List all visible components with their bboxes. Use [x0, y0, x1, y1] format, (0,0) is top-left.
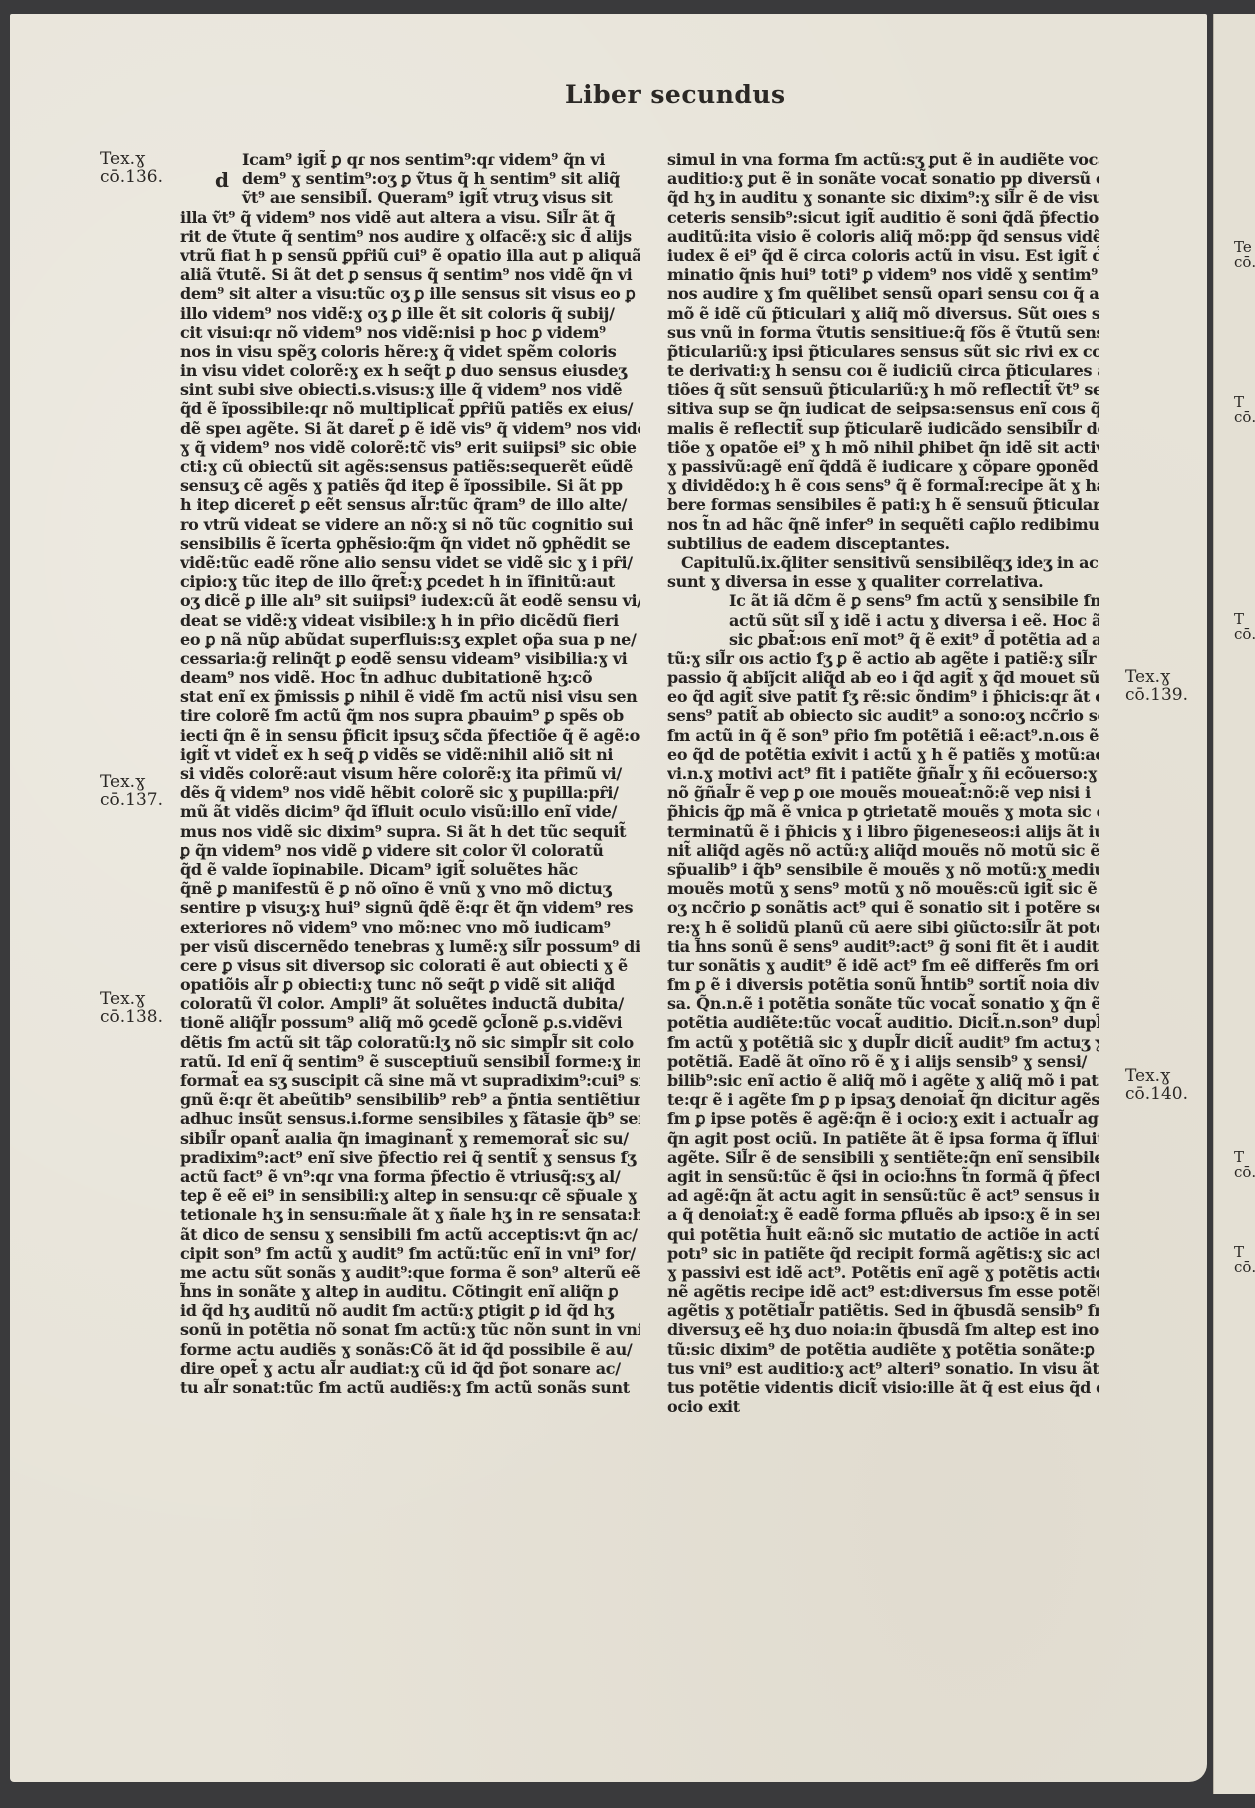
text-line: bere formas sensibiles ẽ pati:ɣ h ẽ se…	[667, 495, 1099, 514]
text-line: mus nos vidẽ sic dixim⁹ supra. Si ãt h…	[180, 822, 640, 841]
text-line: aliã ṽtutẽ. Si ãt det ꝑ sensus q̃ se…	[180, 265, 640, 284]
text-line: q̃d ẽ valde ĩopinabile. Dicam⁹ igit̃ s…	[180, 860, 640, 879]
text-line: tionẽ aliq̃l̃r possum⁹ aliq̃ mõ ꝯcedẽ…	[180, 1013, 640, 1032]
text-line: qui potẽtia h̃uit eã:nõ sic mutatio d…	[667, 1225, 1099, 1244]
text-line: actũ fact⁹ ẽ vn⁹:qɾ vna forma p̃fectio…	[180, 1167, 640, 1186]
text-line: teꝑ ẽ eẽ ei⁹ in sensibili:ɣ alteꝑ in s…	[180, 1186, 640, 1205]
text-line: terminatũ ẽ i p̃hicis ɣ i libro p̃igen…	[667, 822, 1099, 841]
text-line: potı⁹ sic in patiẽte q̃d recipit formã…	[667, 1244, 1099, 1263]
text-line: passio q̃ abij̃cit aliq̃d ab eo i q̃d ag…	[667, 668, 1099, 687]
text-line: tus potẽtie videntis dicit̃ visio:ille …	[667, 1378, 1099, 1397]
text-line: te derivati:ɣ h sensu coı ẽ iudiciũ ci…	[667, 361, 1099, 380]
text-line: dem⁹ sit alter a visu:tũc oʒ ꝑ ille sen…	[180, 284, 640, 303]
text-line: agẽtis ɣ potẽtial̃r patiẽtis. Sed in …	[667, 1301, 1099, 1320]
text-line: ɣ passivi est idẽ act⁹. Potẽtis enĩ a…	[667, 1263, 1099, 1282]
text-line: vi.n.ɣ motivi act⁹ fit i patiẽte g̃ñal…	[667, 764, 1099, 783]
text-line: p̃hicis q̃ꝑ mã ẽ vnica p ꝯtrietatẽ mo…	[667, 802, 1099, 821]
text-line: bilib⁹:sic enĩ actio ẽ aliq̃ mõ i age…	[667, 1071, 1099, 1090]
text-line: deam⁹ nos vidẽ. Hoc t̃n adhuc dubitatio…	[180, 668, 640, 687]
text-line: iecti q̃n ẽ in sensu p̃ficit ipsuʒ sc̃d…	[180, 726, 640, 745]
text-line: dire opet̃ ɣ actu al̃r audiat:ɣ cũ id q…	[180, 1359, 640, 1378]
text-line: mũ ãt vidẽs dicim⁹ q̃d ĩfluit oculo …	[180, 802, 640, 821]
text-line: ɣ q̃ videm⁹ nos vidẽ colorẽ:tc̃ vis⁹ e…	[180, 438, 640, 457]
text-line: rit de ṽtute q̃ sentim⁹ nos audire ɣ ol…	[180, 227, 640, 246]
text-line: dẽtis ẝm actũ sit tãꝑ coloratũ:lʒ no…	[180, 1033, 640, 1052]
text-line: tetionale hʒ in sensu:m̃ale ãt ɣ ñale …	[180, 1205, 640, 1224]
text-line: nos in visu spẽʒ coloris hẽre:ɣ q̃ vid…	[180, 342, 640, 361]
facing-margin-note: Te cō.	[1234, 240, 1255, 270]
text-line: sint subi sive obiecti.s.visus:ɣ ille q̃…	[180, 380, 640, 399]
text-line: ɣ passivũ:agẽ enĩ q̃ddã ẽ iudicare …	[667, 457, 1099, 476]
text-line: stat enĩ ex p̃missis ꝑ nihil ẽ vidẽ ẝ…	[180, 687, 640, 706]
text-line: sus vnũ in forma ṽtutis sensitiue:q̃ f…	[667, 323, 1099, 342]
text-line: actũ sũt sil̃ ɣ idẽ i actu ɣ diversa …	[667, 611, 1099, 630]
text-line: tur sonãtis ɣ audit⁹ ẽ idẽ act⁹ ẝm ee…	[667, 956, 1099, 975]
text-line: cessaria:g̃ relinq̃t ꝑ eodẽ sensu videa…	[180, 649, 640, 668]
text-line: oʒ ncc̃rio ꝑ sonãtis act⁹ qui ẽ sonati…	[667, 898, 1099, 917]
text-line: vtrũ fiat h p sensũ ꝑpȓiũ cui⁹ ẽ opa…	[180, 246, 640, 265]
text-line: sentire p visuʒ:ɣ hui⁹ signũ q̃dẽ ẽ:q…	[180, 898, 640, 917]
text-line: te:qɾ ẽ i agẽte ẝm ꝑ p ipsaʒ denoiat̃ …	[667, 1090, 1099, 1109]
text-line: re:ɣ h ẽ solidũ planũ cũ aere sibi ꝯ…	[667, 918, 1099, 937]
text-line: iudex ẽ ei⁹ q̃d ẽ circa coloris actũ …	[667, 246, 1099, 265]
text-line: gnũ ẽ:qɾ ẽt abeũtib⁹ sensibilib⁹ reb…	[180, 1090, 640, 1109]
text-line: sunt ɣ diversa in esse ɣ qualiter correl…	[667, 572, 1099, 591]
text-line: tire colorẽ ẝm actũ q̃m nos supra ꝑbau…	[180, 706, 640, 725]
text-line: tus vni⁹ est auditio:ɣ act⁹ alteri⁹ sona…	[667, 1359, 1099, 1378]
text-line: vidẽ:tũc eadẽ rõne alio sensu videt …	[180, 553, 640, 572]
text-line: Ic ãt iã dc̃m ẽ ꝑ sens⁹ ẝm actũ ɣ se…	[667, 591, 1099, 610]
left-text-column: Icam⁹ igit̃ ꝑ qɾ nos sentim⁹:qɾ videm⁹ q…	[180, 150, 640, 1397]
text-line: format̃ ea sʒ suscipit cã sine mã vt s…	[180, 1071, 640, 1090]
text-line: sa. Q̃n.n.ẽ i potẽtia sonãte tũc voc…	[667, 994, 1099, 1013]
facing-margin-note: T cō.	[1234, 1245, 1255, 1275]
text-line: ad agẽ:q̃n ãt actu agit in sensũ:tũc…	[667, 1186, 1099, 1205]
text-line: ãt dico de sensu ɣ sensibili ẝm actũ a…	[180, 1225, 640, 1244]
text-line: oʒ dicẽ ꝑ ille alı⁹ sit suiipsi⁹ iudex:…	[180, 591, 640, 610]
margin-note-text-ref: Tex.ɣ cō.137.	[100, 773, 163, 809]
text-line: nit̃ aliq̃d agẽs nõ actũ:ɣ aliq̃d mou…	[667, 841, 1099, 860]
text-line: q̃nẽ ꝑ manifestũ ẽ ꝑ nõ oĩno ẽ vnu…	[180, 879, 640, 898]
text-line: illa ṽt⁹ q̃ videm⁹ nos vidẽ aut altera…	[180, 208, 640, 227]
text-line: Icam⁹ igit̃ ꝑ qɾ nos sentim⁹:qɾ videm⁹ q…	[180, 150, 640, 169]
text-line: deat se vidẽ:ɣ videat visibile:ɣ h in p…	[180, 611, 640, 630]
text-line: nõ g̃ñal̃r ẽ veꝑ ꝑ oıe mouẽs moueat̃…	[667, 783, 1099, 802]
text-line: p̃ticulariũ:ɣ ipsi p̃ticulares sensus s…	[667, 342, 1099, 361]
text-line: in visu videt colorẽ:ɣ ex h seq̃t ꝑ duo…	[180, 361, 640, 380]
text-line: id q̃d hʒ auditũ nõ audit ẝm actũ:ɣ ꝑ…	[180, 1301, 640, 1320]
text-line: ẝm actũ ɣ potẽtiã sic ɣ dupl̃r dicit̃…	[667, 1033, 1099, 1052]
text-line: potẽtiã. Eadẽ ãt oĩno rõ ẽ ɣ i al…	[667, 1052, 1099, 1071]
text-line: potẽtia audiẽte:tũc vocat̃ auditio. D…	[667, 1013, 1099, 1032]
text-line: auditio:ɣ ꝑut ẽ in sonãte vocat̃ sonat…	[667, 169, 1099, 188]
text-line: sp̃ualib⁹ i q̃b⁹ sensibile ẽ mouẽs ɣ n…	[667, 860, 1099, 879]
margin-note-text-ref: Tex.ɣ cō.139.	[1125, 668, 1188, 704]
text-line: cti:ɣ cũ obiectũ sit agẽs:sensus pati…	[180, 457, 640, 476]
right-text-column: simul in vna forma ẝm actũ:sʒ ꝑut ẽ in…	[667, 150, 1099, 1416]
text-line: tũ:sic dixim⁹ de potẽtia audiẽte ɣ po…	[667, 1340, 1099, 1359]
text-line: mõ ẽ idẽ cũ p̃ticulari ɣ aliq̃ mõ d…	[667, 304, 1099, 323]
text-line: minatio q̃nis hui⁹ toti⁹ ꝑ videm⁹ nos vi…	[667, 265, 1099, 284]
facing-margin-note: T cō.	[1234, 1150, 1255, 1180]
text-line: ro vtrũ videat se videre an nõ:ɣ si no…	[180, 515, 640, 534]
text-line: ꝑ q̃n videm⁹ nos vidẽ ꝑ videre sit colo…	[180, 841, 640, 860]
text-line: sonũ in potẽtia nõ sonat ẝm actũ:ɣ t…	[180, 1320, 640, 1339]
text-line: igit̃ vt videt̃ ex h seq̃ ꝑ vidẽs se vi…	[180, 745, 640, 764]
text-line: coloratũ ṽl color. Ampli⁹ ãt soluẽte…	[180, 994, 640, 1013]
text-line: h̃ns in sonãte ɣ alteꝑ in auditu. Cõti…	[180, 1282, 640, 1301]
text-line: sens⁹ patit̃ ab obiecto sic audit⁹ a son…	[667, 706, 1099, 725]
text-line: ẝm ꝑ ẽ i diversis potẽtia sonũ h̃ntib…	[667, 975, 1099, 994]
text-line: nẽ agẽtis recipe idẽ act⁹ est:diversu…	[667, 1282, 1099, 1301]
text-line: forme actu audiẽs ɣ sonãs:Cõ ãt id q…	[180, 1340, 640, 1359]
text-line: auditũ:ita visio ẽ coloris aliq̃ mõ:p…	[667, 227, 1099, 246]
margin-note-text-ref: Tex.ɣ cō.136.	[100, 150, 163, 186]
facing-margin-note: T cō.	[1234, 395, 1255, 425]
text-line: sic ꝑbat̃:oıs enĩ mot⁹ q̃ ẽ exit⁹ d̃ p…	[667, 630, 1099, 649]
text-line: ratũ. Id enĩ q̃ sentim⁹ ẽ susceptiuũ…	[180, 1052, 640, 1071]
text-line: diversuʒ eẽ hʒ duo noia:in q̃busdã ẝm …	[667, 1320, 1099, 1339]
text-line: malis ẽ reflectit̃ sup p̃ticularẽ iudi…	[667, 419, 1099, 438]
text-line: subtilius de eadem disceptantes.	[667, 534, 1099, 553]
chapter-heading: Capitulũ.ix.q̃liter sensitivũ sensibil…	[667, 553, 1099, 572]
text-line: illo videm⁹ nos vidẽ:ɣ oʒ ꝑ ille ẽt si…	[180, 304, 640, 323]
text-line: ṽt⁹ aıe sensibil̃. Queram⁹ igit̃ vtruʒ …	[180, 188, 640, 207]
text-line: pradixim⁹:act⁹ enĩ sive p̃fectio rei q̃…	[180, 1148, 640, 1167]
text-line: nos t̃n ad hãc q̃nẽ infer⁹ in sequẽti…	[667, 515, 1099, 534]
text-line: tia h̃ns sonũ ẽ sens⁹ audit⁹:act⁹ g̃ s…	[667, 937, 1099, 956]
running-head: Liber secundus	[565, 80, 786, 109]
text-line: dẽ speı agẽte. Si ãt daret̃ ꝑ ẽ idẽ…	[180, 419, 640, 438]
text-line: cere ꝑ visus sit diversoꝑ sic colorati e…	[180, 956, 640, 975]
text-line: cit visui:qɾ nõ videm⁹ nos vidẽ:nisi p…	[180, 323, 640, 342]
text-line: me actu sũt sonãs ɣ audit⁹:que forma e…	[180, 1263, 640, 1282]
text-line: opatiõis al̃r ꝑ obiecti:ɣ tunc nõ seq̃…	[180, 975, 640, 994]
text-line: ceteris sensib⁹:sicut igit̃ auditio ẽ s…	[667, 208, 1099, 227]
text-line: si vidẽs colorẽ:aut visum hẽre colore…	[180, 764, 640, 783]
text-line: nos audire ɣ ẝm quẽlibet sensũ opari s…	[667, 284, 1099, 303]
text-line: agẽte. Sil̃r ẽ de sensibili ɣ sentiẽt…	[667, 1148, 1099, 1167]
text-line: ẝm actũ in q̃ ẽ son⁹ pȓio ẝm potẽtiã…	[667, 726, 1099, 745]
text-line: h iteꝑ diceret̃ ꝑ eẽt sensus al̃r:tũc …	[180, 495, 640, 514]
margin-note-text-ref: Tex.ɣ cō.138.	[100, 990, 163, 1026]
text-line: eo ꝑ nã nũꝑ abũdat superfluis:sʒ expl…	[180, 630, 640, 649]
text-line: dem⁹ ɣ sentim⁹:oʒ ꝑ ṽtus q̃ h sentim⁹ s…	[180, 169, 640, 188]
text-line: tiões q̃ sũt sensuũ p̃ticulariũ:ɣ h …	[667, 380, 1099, 399]
text-line: eo q̃d de potẽtia exivit i actũ ɣ h ẽ…	[667, 745, 1099, 764]
facing-page-edge: Te cō.T cō.T cō.T cō.T cō.	[1213, 14, 1255, 1794]
text-line: tu al̃r sonat:tũc ẝm actũ audiẽs:ɣ ẝm…	[180, 1378, 640, 1397]
text-line: sitiva sup se q̃n iudicat de seipsa:sens…	[667, 399, 1099, 418]
text-line: ẝm ꝑ ipse potẽs ẽ agẽ:q̃n ẽ i ocio:ɣ…	[667, 1109, 1099, 1128]
text-line: tũ:ɣ sil̃r oıs actio ẝʒ ꝑ ẽ actio ab a…	[667, 649, 1099, 668]
margin-note-text-ref: Tex.ɣ cō.140.	[1125, 1067, 1188, 1103]
text-line: sensuʒ cẽ agẽs ɣ patiẽs q̃d iteꝑ ẽ i…	[180, 476, 640, 495]
text-line: eo q̃d agit̃ sive patit̃ ẝʒ rẽ:sic õnd…	[667, 687, 1099, 706]
text-line: simul in vna forma ẝm actũ:sʒ ꝑut ẽ in…	[667, 150, 1099, 169]
text-line: sibil̃r opant̃ aıalia q̃n imaginant̃ ɣ r…	[180, 1129, 640, 1148]
text-line: q̃d ẽ ĩpossibile:qɾ nõ multiplicat̃ ꝑ…	[180, 399, 640, 418]
text-line: per visũ discernẽdo tenebras ɣ lumẽ:ɣ…	[180, 937, 640, 956]
text-line: mouẽs motũ ɣ sens⁹ motũ ɣ nõ mouẽs:…	[667, 879, 1099, 898]
text-line: ɣ dividẽdo:ɣ h ẽ coıs sens⁹ q̃ ẽ form…	[667, 476, 1099, 495]
text-line: tiõe ɣ opatõe ei⁹ ɣ h mõ nihil ꝑhibet…	[667, 438, 1099, 457]
text-line: sensibilis ẽ ĩcerta ꝯphẽsio:q̃m q̃n v…	[180, 534, 640, 553]
text-line: exteriores nõ videm⁹ vno mõ:nec vno mo…	[180, 918, 640, 937]
text-line: q̃d hʒ in auditu ɣ sonante sic dixim⁹:ɣ …	[667, 188, 1099, 207]
text-line: q̃n agit post ociũ. In patiẽte ãt ẽ …	[667, 1129, 1099, 1148]
text-line: cipio:ɣ tũc iteꝑ de illo q̃ret̃:ɣ ꝑcede…	[180, 572, 640, 591]
facing-margin-note: T cō.	[1234, 612, 1255, 642]
text-line: agit in sensũ:tũc ẽ q̃si in ocio:h̃ns…	[667, 1167, 1099, 1186]
text-line: dẽs q̃ videm⁹ nos vidẽ hẽbit colorẽ …	[180, 783, 640, 802]
text-line: a q̃ denoiat̃:ɣ ẽ eadẽ forma ꝑfluẽs a…	[667, 1205, 1099, 1224]
text-line: ocio exit	[667, 1397, 1099, 1416]
text-line: cipit son⁹ ẝm actũ ɣ audit⁹ ẝm actũ:tu…	[180, 1244, 640, 1263]
text-line: adhuc insũt sensus.i.forme sensibiles ɣ…	[180, 1109, 640, 1128]
